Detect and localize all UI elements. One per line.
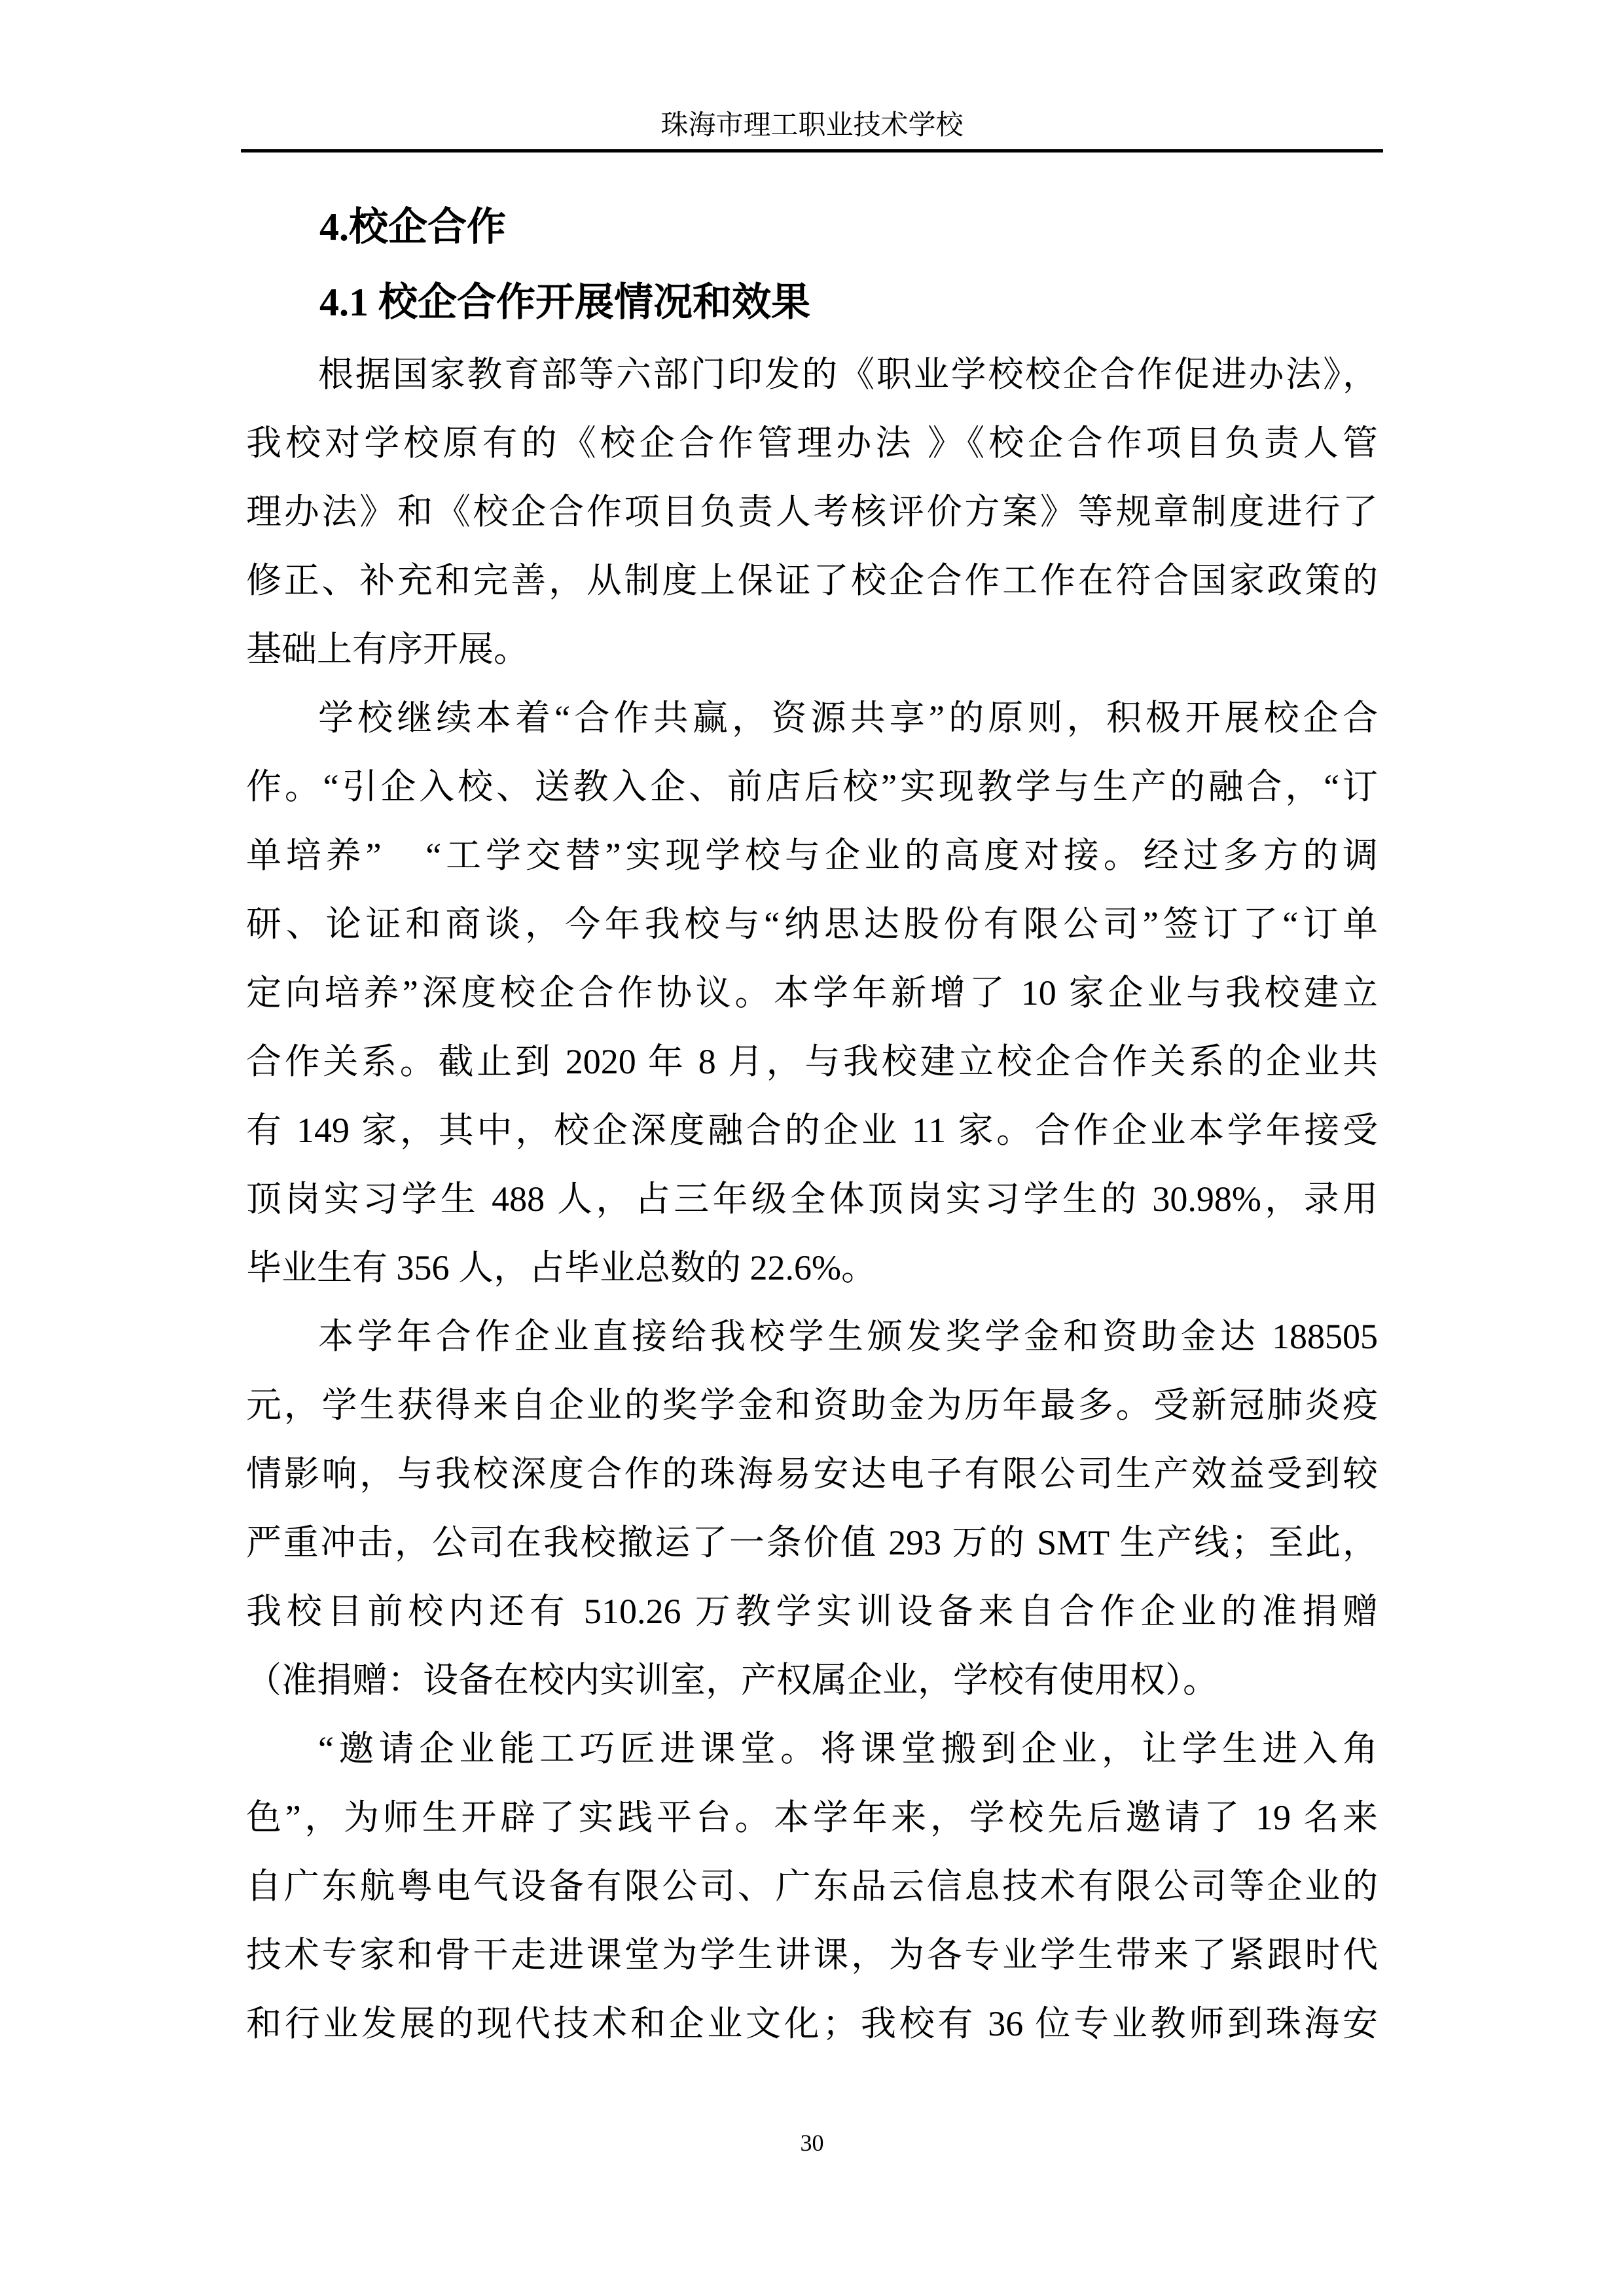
text-line: 理办法》和《校企合作项目负责人考核评价方案》等规章制度进行了 — [246, 478, 1378, 547]
text-line: 严重冲击，公司在我校撤运了一条价值 293 万的 SMT 生产线；至此， — [246, 1509, 1378, 1577]
text-line: “邀请企业能工巧匠进课堂。将课堂搬到企业，让学生进入角 — [246, 1715, 1378, 1784]
text-line: 修正、补充和完善，从制度上保证了校企合作工作在符合国家政策的 — [246, 547, 1378, 615]
page-header-title: 珠海市理工职业技术学校 — [0, 110, 1624, 141]
text-line: 和行业发展的现代技术和企业文化；我校有 36 位专业教师到珠海安 — [246, 1990, 1378, 2058]
text-line: 有 149 家，其中，校企深度融合的企业 11 家。合作企业本学年接受 — [246, 1096, 1378, 1165]
text-line: 学校继续本着“合作共赢，资源共享”的原则，积极开展校企合 — [246, 684, 1378, 753]
paragraph: 本学年合作企业直接给我校学生颁发奖学金和资助金达 188505 元，学生获得来自… — [246, 1302, 1378, 1715]
text-line: 技术专家和骨干走进课堂为学生讲课，为各专业学生带来了紧跟时代 — [246, 1921, 1378, 1990]
text-line: 作。“引企入校、送教入企、前店后校”实现教学与生产的融合，“订 — [246, 753, 1378, 821]
text-line: （准捐赠：设备在校内实训室，产权属企业，学校有使用权）。 — [246, 1646, 1378, 1715]
document-body: 4.校企合作 4.1 校企合作开展情况和效果 根据国家教育部等六部门印发的《职业… — [246, 190, 1378, 2058]
text-line: 情影响，与我校深度合作的珠海易安达电子有限公司生产效益受到较 — [246, 1440, 1378, 1509]
text-line: 毕业生有 356 人，占毕业总数的 22.6%。 — [246, 1234, 1378, 1302]
text-line: 研、论证和商谈，今年我校与“纳思达股份有限公司”签订了“订单 — [246, 890, 1378, 959]
text-line: 根据国家教育部等六部门印发的《职业学校校企合作促进办法》， — [246, 340, 1378, 409]
text-line: 合作关系。截止到 2020 年 8 月，与我校建立校企合作关系的企业共 — [246, 1028, 1378, 1096]
text-line: 顶岗实习学生 488 人，占三年级全体顶岗实习学生的 30.98%，录用 — [246, 1165, 1378, 1234]
paragraph: “邀请企业能工巧匠进课堂。将课堂搬到企业，让学生进入角 色”，为师生开辟了实践平… — [246, 1715, 1378, 2058]
text-line: 元，学生获得来自企业的奖学金和资助金为历年最多。受新冠肺炎疫 — [246, 1371, 1378, 1440]
page-number: 30 — [0, 2128, 1624, 2157]
text-line: 定向培养”深度校企合作协议。本学年新增了 10 家企业与我校建立 — [246, 959, 1378, 1028]
subsection-heading: 4.1 校企合作开展情况和效果 — [246, 265, 1378, 340]
section-heading: 4.校企合作 — [246, 190, 1378, 265]
text-line: 单培养” “工学交替”实现学校与企业的高度对接。经过多方的调 — [246, 821, 1378, 890]
document-page: 珠海市理工职业技术学校 4.校企合作 4.1 校企合作开展情况和效果 根据国家教… — [0, 0, 1624, 2296]
text-line: 色”，为师生开辟了实践平台。本学年来，学校先后邀请了 19 名来 — [246, 1784, 1378, 1852]
paragraph: 学校继续本着“合作共赢，资源共享”的原则，积极开展校企合 作。“引企入校、送教入… — [246, 684, 1378, 1302]
text-line: 基础上有序开展。 — [246, 615, 1378, 684]
text-line: 我校目前校内还有 510.26 万教学实训设备来自合作企业的准捐赠 — [246, 1577, 1378, 1646]
paragraph: 根据国家教育部等六部门印发的《职业学校校企合作促进办法》， 我校对学校原有的《校… — [246, 340, 1378, 684]
text-line: 本学年合作企业直接给我校学生颁发奖学金和资助金达 188505 — [246, 1302, 1378, 1371]
text-line: 自广东航粤电气设备有限公司、广东品云信息技术有限公司等企业的 — [246, 1852, 1378, 1921]
header-rule — [241, 149, 1383, 152]
text-line: 我校对学校原有的《校企合作管理办法 》《校企合作项目负责人管 — [246, 409, 1378, 478]
